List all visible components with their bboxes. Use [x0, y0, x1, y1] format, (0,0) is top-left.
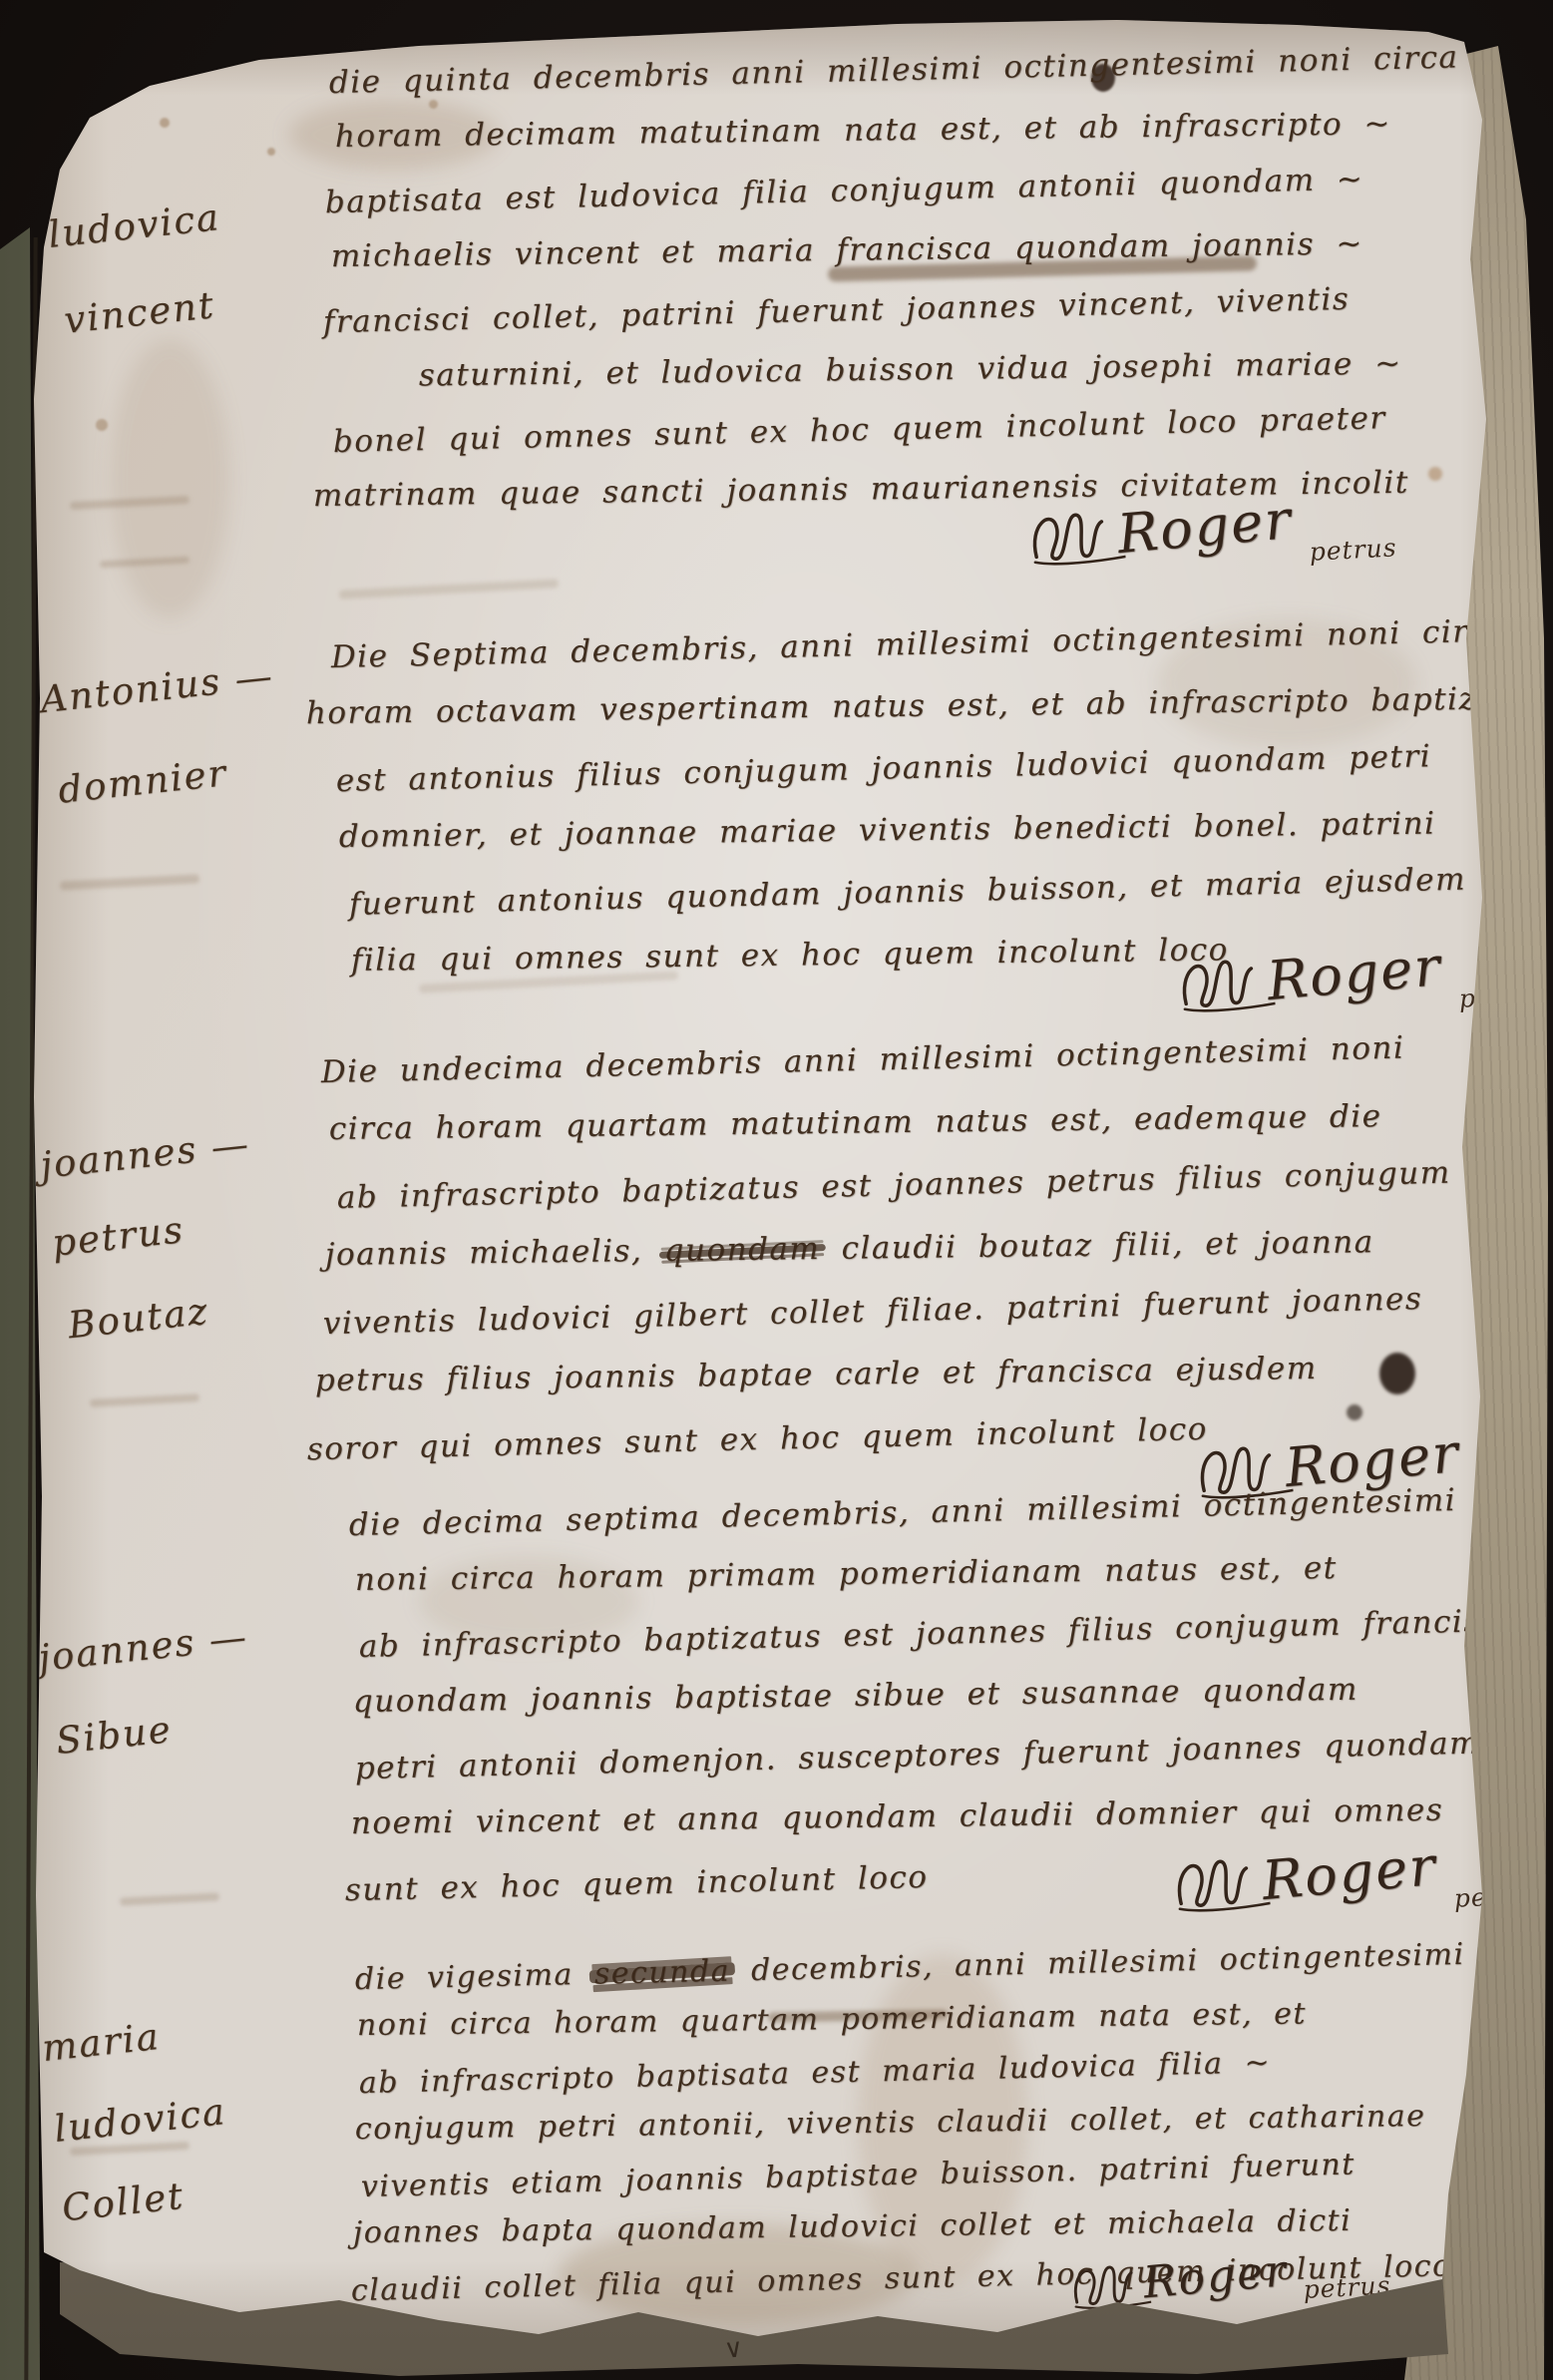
foxing-spot [160, 118, 170, 128]
margin-name: ludovica [46, 196, 222, 256]
signature-flourish [1025, 499, 1126, 569]
margin-name: vincent [62, 283, 217, 342]
margin-name: petrus [50, 1208, 187, 1265]
margin-name: Boutaz [66, 1290, 210, 1348]
bleed-through-mark [60, 874, 199, 890]
margin-name: Antonius — [38, 654, 275, 721]
signature-name: Roger [1265, 935, 1444, 1012]
signature-flourish [1175, 946, 1276, 1015]
margin-name: maria [40, 2015, 163, 2070]
baptism-entry-3: Die undecima decembris anni millesimi oc… [321, 1041, 1478, 1481]
margin-name: joannes — [36, 1615, 249, 1680]
manuscript-page: ludovica vincent Antonius — domnier joan… [0, 0, 1553, 2380]
line-segment: die vigesima [355, 1957, 595, 1997]
foxing-spot [96, 419, 108, 431]
signature-subscript: petrus [1309, 533, 1397, 567]
margin-name: Collet [60, 2175, 187, 2230]
crossed-out-word: secunda [593, 1954, 730, 1992]
signature-flourish [1067, 2253, 1151, 2312]
margin-name: Sibue [54, 1708, 174, 1763]
bleed-through-mark [339, 579, 559, 599]
baptism-entry-1: die quinta decembris anni millesimi octi… [329, 52, 1486, 531]
signature-flourish [1170, 1845, 1271, 1915]
signature-name: Roger [1115, 488, 1295, 566]
line-segment: claudii boutaz filii, et joanna [820, 1224, 1374, 1267]
margin-name: domnier [56, 751, 229, 812]
line-segment: joannis michaelis, [325, 1233, 664, 1273]
bleed-through-mark [120, 1892, 219, 1905]
foxing-spot [267, 148, 275, 156]
crossed-out-word: quondam [663, 1231, 820, 1269]
line-segment: decembris, anni millesimi octingentesimi [730, 1937, 1465, 1989]
stain [110, 339, 229, 618]
margin-name: ludovica [52, 2090, 228, 2151]
scanned-register-photo: ludovica vincent Antonius — domnier joan… [0, 0, 1553, 2380]
margin-name: joannes — [38, 1122, 251, 1187]
pen-check-mark: ∨ [722, 2333, 744, 2365]
bleed-through-mark [90, 1393, 199, 1407]
